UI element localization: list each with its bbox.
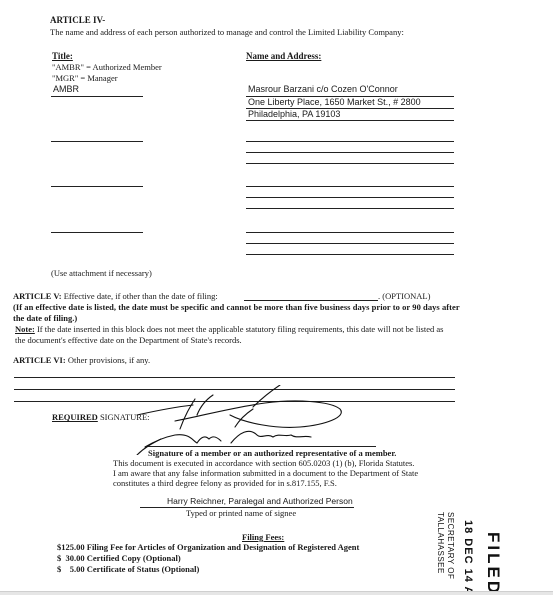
- printed-name-field[interactable]: Harry Reichner, Paralegal and Authorized…: [167, 496, 353, 506]
- article-5-warning-line-1: (If an effective date is listed, the dat…: [13, 302, 460, 312]
- title-line[interactable]: [51, 141, 143, 142]
- article-5-warning-line-2: the date of filing.): [13, 313, 77, 323]
- article-5-prompt: Effective date, if other than the date o…: [64, 291, 218, 301]
- fee-item: $125.00 Filing Fee for Articles of Organ…: [57, 542, 359, 552]
- fee-amount: $125.00: [57, 542, 85, 552]
- printed-name-caption: Typed or printed name of signee: [186, 508, 296, 518]
- article-4-heading: ARTICLE IV-: [50, 15, 105, 25]
- signature-line[interactable]: [148, 446, 376, 447]
- address-line-1[interactable]: Masrour Barzani c/o Cozen O'Connor: [248, 84, 398, 94]
- statement-line-2: I am aware that any false information su…: [113, 468, 418, 478]
- address-line-2[interactable]: [246, 152, 454, 153]
- article-6-heading: ARTICLE VI:: [13, 355, 66, 365]
- stamp-office-line-1: SECRETARY OF: [446, 512, 455, 579]
- title-line[interactable]: [51, 232, 143, 233]
- article-5-line: ARTICLE V: Effective date, if other than…: [13, 291, 218, 301]
- address-line-2[interactable]: [246, 197, 454, 198]
- note-text: If the date inserted in this block does …: [37, 324, 443, 334]
- stamp-office-line-2: TALLAHASSEE: [436, 512, 445, 574]
- address-line-1[interactable]: [246, 186, 454, 187]
- address-line-3[interactable]: Philadelphia, PA 19103: [248, 109, 340, 119]
- address-rule: [246, 120, 454, 121]
- statement-line-1: This document is executed in accordance …: [113, 458, 414, 468]
- address-line-2[interactable]: [246, 243, 454, 244]
- filing-fees-heading: Filing Fees:: [242, 532, 284, 542]
- fee-label: Certificate of Status (Optional): [87, 564, 200, 574]
- address-line-3[interactable]: [246, 254, 454, 255]
- statement-line-3: constitutes a third degree felony as pro…: [113, 478, 337, 488]
- title-line[interactable]: [51, 186, 143, 187]
- fee-label: Filing Fee for Articles of Organization …: [87, 542, 360, 552]
- note-label: Note:: [15, 324, 35, 334]
- name-address-column-header: Name and Address:: [246, 51, 321, 61]
- address-line-3[interactable]: [246, 163, 454, 164]
- address-line-3[interactable]: [246, 208, 454, 209]
- title-legend-ambr: "AMBR" = Authorized Member: [52, 62, 162, 72]
- provisions-line-1[interactable]: [14, 377, 455, 378]
- address-line-2[interactable]: One Liberty Place, 1650 Market St., # 28…: [248, 97, 421, 107]
- attachment-note: (Use attachment if necessary): [51, 268, 152, 278]
- fee-amount: $ 30.00: [57, 553, 85, 563]
- title-legend-mgr: "MGR" = Manager: [52, 73, 118, 83]
- fee-amount: $ 5.00: [57, 564, 85, 574]
- handwritten-signature: [135, 385, 365, 455]
- required-label: REQUIRED: [52, 412, 98, 422]
- article-4-intro: The name and address of each person auth…: [50, 27, 404, 37]
- fee-label: Certified Copy (Optional): [87, 553, 181, 563]
- effective-date-field[interactable]: [244, 300, 378, 301]
- article-5-heading: ARTICLE V:: [13, 291, 62, 301]
- article-5-note-line: Note: If the date inserted in this block…: [15, 324, 443, 334]
- article-6-prompt: Other provisions, if any.: [68, 355, 150, 365]
- title-column-header: Title:: [52, 51, 73, 61]
- title-line: [51, 96, 143, 97]
- signature-caption: Signature of a member or an authorized r…: [148, 448, 396, 458]
- page-bottom-edge: [0, 591, 553, 595]
- optional-label: . (OPTIONAL): [378, 291, 430, 301]
- stamp-filed: FILED: [483, 532, 503, 595]
- member-title-field[interactable]: AMBR: [53, 84, 79, 94]
- fee-item: $ 5.00 Certificate of Status (Optional): [57, 564, 199, 574]
- fee-item: $ 30.00 Certified Copy (Optional): [57, 553, 181, 563]
- address-line-1[interactable]: [246, 232, 454, 233]
- article-6-line: ARTICLE VI: Other provisions, if any.: [13, 355, 150, 365]
- address-line-1[interactable]: [246, 141, 454, 142]
- article-5-note-line-2: the document's effective date on the Dep…: [15, 335, 242, 345]
- stamp-date: 18 DEC 14 A: [462, 520, 474, 595]
